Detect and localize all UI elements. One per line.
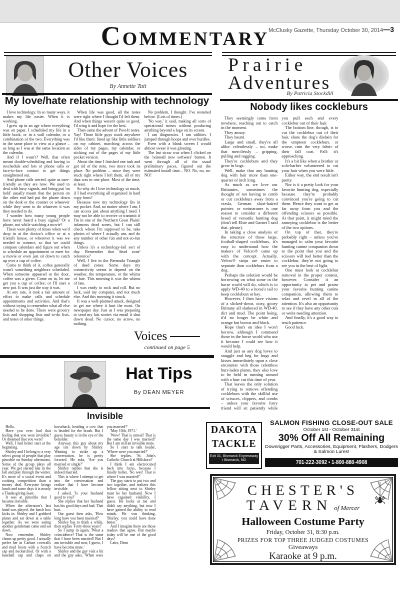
- dakota-tackle-address: Exit 31, Bismarck Expressway • Bismarck,…: [209, 453, 259, 465]
- page-number: —3: [383, 27, 394, 34]
- prairie-adventures-article-body: They seemingly come from nowhere, reachi…: [221, 116, 399, 418]
- chesters-datetime: Friday, October 31, 8:30 p.m.: [212, 529, 394, 536]
- newspaper-commentary-page: McClusky Gazette, Thursday October 30, 2…: [0, 0, 400, 600]
- spiderweb-corner-icon: [214, 478, 236, 500]
- prairie-adventures-byline: By Patricia Stockdill: [250, 91, 370, 97]
- other-voices-masthead: Other Voices: [44, 57, 212, 83]
- left-section-bottom-rule: [0, 355, 214, 358]
- chesters-event: Halloween Costume Party: [212, 516, 394, 528]
- voices-jump-note: continued on page 5: [134, 345, 200, 351]
- chesters-tavern-ad: CHESTER'S TAVERNof Mercer Halloween Cost…: [210, 474, 396, 565]
- salmon-sale-dates: October 1st - October 31st: [265, 428, 398, 433]
- page-top-scan-band: [0, 0, 400, 23]
- prairie-adventures-article-text: They seemingly come from nowhere, reachi…: [221, 116, 399, 418]
- prairie-adventures-rule: [220, 99, 398, 101]
- hat-tips-byline: By DEAN MEYER: [106, 390, 212, 396]
- spiderweb-corner-icon: [214, 539, 236, 561]
- salmon-sale-offer: 30% Off All Remaining: [265, 433, 398, 444]
- hat-tips-rule: [0, 407, 210, 409]
- dakota-tackle-name-line1: DAKOTA: [207, 426, 261, 437]
- other-voices-byline: By Annette Tait: [44, 84, 212, 90]
- other-voices-article-text: I love technology. In so many ways, it m…: [3, 110, 211, 330]
- chesters-karaoke: Karaoke at 9 p.m.: [212, 552, 394, 562]
- spider-icon: [375, 482, 385, 508]
- other-voices-headline: My love/hate relationship with technolog…: [2, 96, 212, 107]
- salmon-sale-items: Downrigger Parts, Accessories, Equipment…: [265, 445, 398, 456]
- other-voices-article-body: I love technology. In so many ways, it m…: [3, 110, 211, 330]
- chesters-location: of Mercer: [334, 505, 360, 512]
- voices-jump-line: Voices continued on page 5: [134, 329, 200, 351]
- dean-meyer-portrait-image: [64, 361, 106, 407]
- chesters-name2: TAVERNof Mercer: [212, 500, 394, 515]
- prairie-adventures-headline: Nobody likes cockleburs: [220, 102, 398, 113]
- chesters-prizes: PRIZES FOR TOP THREE JUDGED COSTUMES: [212, 538, 394, 544]
- section-title: Commentary: [95, 21, 275, 52]
- dakota-tackle-name-line2: TACKLE: [207, 440, 261, 451]
- dakota-tackle-ad: DAKOTA TACKLE Exit 31, Bismarck Expressw…: [206, 422, 262, 469]
- salmon-sale-title: Salmon Fishing Close-Out Sale: [265, 420, 398, 427]
- spiderweb-corner-icon: [370, 539, 392, 561]
- hat-tips-article-text: Hello,Have you ever had that feeling tha…: [2, 425, 208, 561]
- salmon-sale-phones: 701-222-3092 • 1-800-880-4908: [265, 458, 398, 468]
- salmon-sale-ad: Salmon Fishing Close-Out Sale October 1s…: [265, 420, 398, 467]
- annette-tait-portrait-image: [6, 56, 44, 96]
- hat-tips-article-body: Hello,Have you ever had that feeling tha…: [2, 425, 208, 561]
- dateline-text: McClusky Gazette, Thursday October 30, 2…: [269, 28, 384, 34]
- voices-jump-label: Voices: [134, 329, 167, 344]
- dateline: McClusky Gazette, Thursday October 30, 2…: [269, 27, 394, 34]
- hat-tips-headline: Invisible: [0, 411, 210, 421]
- patricia-stockdill-portrait-image: [338, 54, 390, 96]
- hat-tips-masthead: Hat Tips: [106, 364, 212, 384]
- chesters-giveaways: Giveaways: [212, 544, 394, 551]
- voices-jump-dash: [170, 336, 200, 338]
